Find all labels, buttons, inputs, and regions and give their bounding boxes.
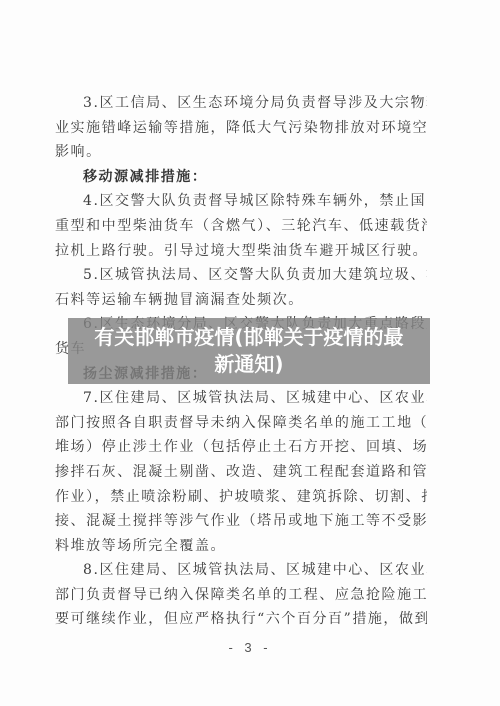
paragraph-line: 石料等运输车辆抛冒滴漏查处频次。 — [55, 288, 427, 313]
section-heading-mobile-source: 移动源减排措施： — [55, 165, 427, 190]
article-title-line-1: 有关邯郸市疫情(邯郸关于疫情的最 — [79, 324, 419, 351]
paragraph-3: 3.区工信局、区生态环境分局负责督导涉及大宗物料运输企 业实施错峰运输等措施，降… — [55, 91, 427, 165]
paragraph-line: 3.区工信局、区生态环境分局负责督导涉及大宗物料运输企 — [55, 91, 427, 116]
paragraph-line: 5.区城管执法局、区交警大队负责加大建筑垃圾、渣土、砂 — [55, 263, 427, 288]
paragraph-line: 8.区住建局、区城管执法局、区城建中心、区农业农村局等 — [55, 558, 427, 583]
paragraph-line: 7.区住建局、区城管执法局、区城建中心、区农业农村局等 — [55, 386, 427, 411]
paragraph-line: 部门负责督导已纳入保障类名单的工程、应急抢险施工等根据需 — [55, 583, 427, 608]
paragraph-line: 接、混凝土搅拌等涉气作业（塔吊或地下施工等不受影响），物 — [55, 509, 427, 534]
paragraph-line: 影响。 — [55, 140, 427, 165]
paragraph-line: 堆场）停止涉土作业（包括停止土石方开挖、回填、场内倒运、 — [55, 435, 427, 460]
paragraph-7: 7.区住建局、区城管执法局、区城建中心、区农业农村局等 部门按照各自职责督导未纳… — [55, 386, 427, 558]
paragraph-line: 4.区交警大队负责督导城区除特殊车辆外，禁止国四及以下 — [55, 189, 427, 214]
article-title: 有关邯郸市疫情(邯郸关于疫情的最 新通知) — [79, 324, 419, 378]
paragraph-line: 掺拌石灰、混凝土剔凿、改造、建筑工程配套道路和管沟开挖等 — [55, 460, 427, 485]
paragraph-line: 重型和中型柴油货车（含燃气）、三轮汽车、低速载货汽车和拖 — [55, 214, 427, 239]
page-number: - 3 - — [0, 640, 500, 655]
paragraph-line: 料堆放等场所完全覆盖。 — [55, 534, 427, 559]
paragraph-line: 部门按照各自职责督导未纳入保障类名单的施工工地（含企业内 — [55, 411, 427, 436]
paragraph-8: 8.区住建局、区城管执法局、区城建中心、区农业农村局等 部门负责督导已纳入保障类… — [55, 558, 427, 632]
paragraph-5: 5.区城管执法局、区交警大队负责加大建筑垃圾、渣土、砂 石料等运输车辆抛冒滴漏查… — [55, 263, 427, 312]
paragraph-line: 要可继续作业，但应严格执行“六个百分百”措施，做到绿色施 — [55, 607, 427, 632]
paragraph-line: 业实施错峰运输等措施，降低大气污染物排放对环境空气质量的 — [55, 116, 427, 141]
document-page: 3.区工信局、区生态环境分局负责督导涉及大宗物料运输企 业实施错峰运输等措施，降… — [0, 0, 500, 706]
article-title-line-2: 新通知) — [79, 351, 419, 378]
paragraph-line: 作业），禁止喷涂粉刷、护坡喷浆、建筑拆除、切割、打磨、焊 — [55, 485, 427, 510]
paragraph-4: 4.区交警大队负责督导城区除特殊车辆外，禁止国四及以下 重型和中型柴油货车（含燃… — [55, 189, 427, 263]
title-overlay-banner: 有关邯郸市疫情(邯郸关于疫情的最 新通知) — [68, 318, 430, 384]
paragraph-line: 拉机上路行驶。引导过境大型柴油货车避开城区行驶。 — [55, 239, 427, 264]
